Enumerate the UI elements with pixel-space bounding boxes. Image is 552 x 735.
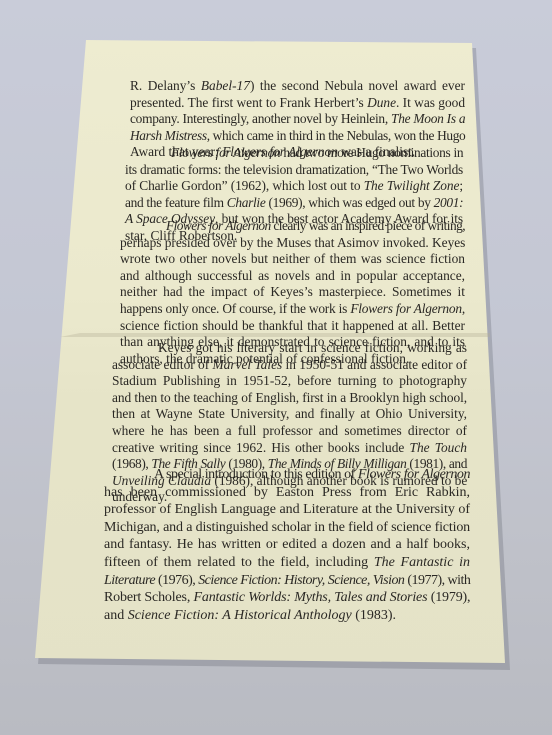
italic-title: Flowers for Algernon [166, 218, 271, 233]
text-line: its dramatic forms: the television drama… [125, 162, 463, 179]
text-line: science fiction should be thankful that … [120, 318, 465, 335]
text-run: fifteen of them related to the field, in… [104, 555, 374, 570]
text-line: company. Interestingly, another novel by… [130, 111, 465, 128]
italic-title: Charlie [227, 195, 266, 210]
text-run: ; [459, 178, 463, 193]
text-run: company. Interestingly, another novel by… [130, 111, 391, 126]
text-run: . It was good [396, 95, 465, 110]
italic-title: Babel-17 [201, 78, 250, 93]
text-run: of Charlie Gordon” (1962), which lost ou… [125, 178, 364, 193]
text-line: professor of English Language and Litera… [104, 501, 470, 519]
text-line: and although successful as novels and in… [120, 268, 465, 285]
text-run: and the feature film [125, 195, 227, 210]
text-line: presented. The first went to Frank Herbe… [130, 95, 465, 112]
text-run: Stadium Publishing in 1951-52, before tu… [112, 373, 467, 388]
text-run: , [462, 301, 465, 316]
text-run: had two more Hugo nominations in [280, 145, 463, 160]
text-run: ) the second Nebula novel award ever [250, 78, 465, 93]
italic-title: Marvel Tales [213, 357, 283, 372]
text-run: (1983). [352, 608, 396, 623]
text-run: (1977), with [404, 573, 470, 588]
text-line: and then to the teaching of English, fir… [112, 390, 467, 407]
paragraph-special-introduction: A special introduction to this edition o… [104, 466, 470, 624]
text-line: R. Delany’s Babel-17) the second Nebula … [130, 78, 465, 95]
text-run: R. Delany’s [130, 78, 201, 93]
text-run: and although successful as novels and in… [120, 268, 465, 283]
text-run: Robert Scholes, [104, 590, 194, 605]
text-line: and fantasy. He has written or edited a … [104, 536, 470, 554]
text-run: has been commissioned by Easton Press fr… [104, 485, 470, 500]
text-run: professor of English Language and Litera… [104, 502, 470, 517]
text-run: creative writing since 1962. His other b… [112, 440, 410, 455]
text-line: perhaps presided over by the Muses that … [120, 235, 465, 252]
text-line: and Science Fiction: A Historical Anthol… [104, 607, 470, 625]
text-run: (1969), which was edged out by [265, 195, 433, 210]
text-run: where he has been a full professor and s… [112, 423, 467, 438]
text-line: Stadium Publishing in 1951-52, before tu… [112, 373, 467, 390]
text-run: A special introduction to this edition o… [154, 467, 358, 482]
text-run: its dramatic forms: the television drama… [125, 162, 463, 177]
text-line: then at Wayne State University, and fina… [112, 406, 467, 423]
text-run: Michigan, and a distinguished scholar in… [104, 520, 470, 535]
text-run: , which came in third in the Nebulas, wo… [207, 128, 466, 143]
text-run: wrote two other novels but neither of th… [120, 251, 465, 266]
italic-title: The Fantastic in [374, 555, 470, 570]
text-run: (1976), [155, 573, 198, 588]
italic-title: Flowers for Algernon [358, 467, 470, 482]
text-line: Flowers for Algernon had two more Hugo n… [125, 145, 463, 162]
italic-title: Flowers for Algernon [350, 301, 462, 316]
text-run: neither had the impact of Keyes’s master… [120, 284, 465, 299]
text-run: perhaps presided over by the Muses that … [120, 235, 465, 250]
text-run: (1979), [427, 590, 470, 605]
text-run: science fiction should be thankful that … [120, 318, 465, 333]
text-line: Literature (1976), Science Fiction: Hist… [104, 572, 470, 590]
text-run: clearly was an inspired piece of writing… [271, 218, 465, 233]
text-run: associate editor of [112, 357, 213, 372]
text-line: Harsh Mistress, which came in third in t… [130, 128, 465, 145]
text-run: presented. The first went to Frank Herbe… [130, 95, 367, 110]
text-line: happens only once. Of course, if the wor… [120, 301, 465, 318]
italic-title: The Moon Is a [391, 111, 465, 126]
text-line: wrote two other novels but neither of th… [120, 251, 465, 268]
text-run: Keyes got his literary start in science … [158, 340, 467, 355]
text-run: and then to the teaching of English, fir… [112, 390, 467, 405]
italic-title: Science Fiction: History, Science, Visio… [198, 573, 404, 588]
text-line: associate editor of Marvel Tales in 1950… [112, 357, 467, 374]
text-line: creative writing since 1962. His other b… [112, 440, 467, 457]
italic-title: The Twilight Zone [364, 178, 460, 193]
italic-title: Literature [104, 573, 155, 588]
italic-title: 2001: [434, 195, 464, 210]
italic-title: Flowers for Algernon [171, 145, 280, 160]
text-line: and the feature film Charlie (1969), whi… [125, 195, 463, 212]
text-run: happens only once. Of course, if the wor… [120, 301, 350, 316]
text-line: has been commissioned by Easton Press fr… [104, 484, 470, 502]
text-run: in 1950-51 and associate editor of [282, 357, 467, 372]
italic-title: Science Fiction: A Historical Anthology [128, 608, 352, 623]
text-run: and [104, 608, 128, 623]
italic-title: Dune [367, 95, 396, 110]
text-line: Michigan, and a distinguished scholar in… [104, 519, 470, 537]
text-line: A special introduction to this edition o… [104, 466, 470, 484]
italic-title: Fantastic Worlds: Myths, Tales and Stori… [194, 590, 428, 605]
text-line: Keyes got his literary start in science … [112, 340, 467, 357]
text-run: then at Wayne State University, and fina… [112, 406, 467, 421]
text-line: of Charlie Gordon” (1962), which lost ou… [125, 178, 463, 195]
text-line: fifteen of them related to the field, in… [104, 554, 470, 572]
text-line: Robert Scholes, Fantastic Worlds: Myths,… [104, 589, 470, 607]
text-line: neither had the impact of Keyes’s master… [120, 284, 465, 301]
text-run: and fantasy. He has written or edited a … [104, 537, 470, 552]
text-line: where he has been a full professor and s… [112, 423, 467, 440]
text-line: Flowers for Algernon clearly was an insp… [120, 218, 465, 235]
italic-title: The Touch [410, 440, 468, 455]
italic-title: Harsh Mistress [130, 128, 207, 143]
